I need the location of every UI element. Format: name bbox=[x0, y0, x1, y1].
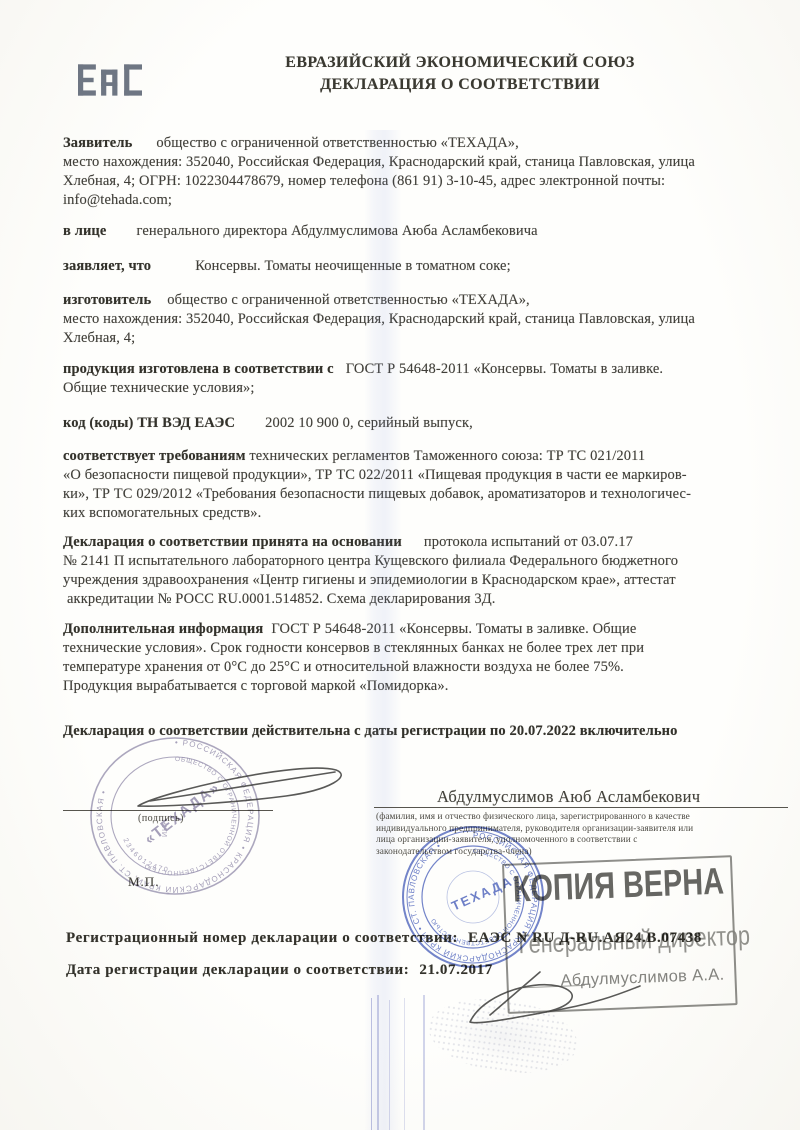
company-stamp-inn-number: 2346012470 bbox=[121, 837, 170, 874]
field-applicant-value: общество с ограниченной ответственностью… bbox=[156, 135, 519, 151]
field-applicant-label: Заявитель bbox=[63, 135, 132, 151]
signature-stroke bbox=[138, 768, 341, 806]
field-declares-label: заявляет, что bbox=[63, 258, 151, 274]
field-additional-label: Дополнительная информация bbox=[63, 621, 263, 637]
field-manufacturer-line: Хлебная, 4; bbox=[63, 329, 763, 348]
field-standard-label: продукция изготовлена в соответствии с bbox=[63, 361, 334, 377]
signatory-note-line: лица организации-заявителя, уполномоченн… bbox=[376, 835, 693, 847]
registration-date-value: 21.07.2017 bbox=[409, 962, 493, 978]
signature-stroke bbox=[150, 772, 335, 801]
field-in-person: в лицегенерального директора Абдулмуслим… bbox=[63, 222, 763, 241]
stamp-place-label: М.П. bbox=[128, 874, 159, 890]
scan-artifact-line bbox=[377, 995, 379, 1130]
scan-artifact-band bbox=[364, 130, 402, 1130]
field-additional-line: температуре хранения от 0°С до 25°С и от… bbox=[63, 658, 763, 677]
copy-verified-stamp: КОПИЯ ВЕРНА Генеральный директор Абдулму… bbox=[502, 855, 738, 1014]
field-additional-line: технические условия». Срок годности конс… bbox=[63, 639, 763, 658]
field-basis-line: учреждения здравоохранения «Центр гигиен… bbox=[63, 571, 763, 590]
field-conformity: соответствует требованиям технических ре… bbox=[63, 447, 763, 523]
field-manufacturer: изготовительобщество с ограниченной отве… bbox=[63, 291, 763, 348]
field-applicant-line: место нахождения: 352040, Российская Фед… bbox=[63, 153, 763, 172]
scan-artifact-line bbox=[371, 998, 372, 1130]
field-in-person-label: в лице bbox=[63, 223, 106, 239]
signature-caption: (подпись) bbox=[138, 813, 184, 824]
field-applicant: Заявительобщество с ограниченной ответст… bbox=[63, 134, 763, 210]
field-additional-value: ГОСТ Р 54648-2011 «Консервы. Томаты в за… bbox=[271, 621, 636, 637]
field-basis-value: протокола испытаний от 03.07.17 bbox=[424, 534, 633, 550]
field-manufacturer-value: общество с ограниченной ответственностью… bbox=[167, 292, 530, 308]
signatory-note: (фамилия, имя и отчество физического лиц… bbox=[376, 812, 693, 858]
field-basis-label: Декларация о соответствии принята на осн… bbox=[63, 534, 402, 550]
field-tnved-code: код (коды) ТН ВЭД ЕАЭС2002 10 900 0, сер… bbox=[63, 414, 763, 433]
registration-date-label: Дата регистрации декларации о соответств… bbox=[66, 962, 409, 978]
field-manufacturer-label: изготовитель bbox=[63, 292, 151, 308]
field-applicant-line: info@tehada.com; bbox=[63, 191, 763, 210]
field-validity: Декларация о соответствии действительна … bbox=[63, 722, 763, 741]
field-basis: Декларация о соответствии принята на осн… bbox=[63, 533, 763, 609]
scan-artifact-line bbox=[389, 1000, 390, 1130]
signatory-note-line: индивидуального предпринимателя, руковод… bbox=[376, 824, 693, 836]
field-conformity-line: «О безопасности пищевой продукции», ТР Т… bbox=[63, 466, 763, 485]
field-manufacturer-line: место нахождения: 352040, Российская Фед… bbox=[63, 310, 763, 329]
svg-text:2346012470: 2346012470 bbox=[121, 837, 170, 874]
document-title: ЕВРАЗИЙСКИЙ ЭКОНОМИЧЕСКИЙ СОЮЗ ДЕКЛАРАЦИ… bbox=[120, 52, 800, 96]
signatory-note-line: (фамилия, имя и отчество физического лиц… bbox=[376, 812, 693, 824]
scan-artifact-line bbox=[423, 995, 425, 1130]
declaration-document: ЕВРАЗИЙСКИЙ ЭКОНОМИЧЕСКИЙ СОЮЗ ДЕКЛАРАЦИ… bbox=[0, 0, 800, 1130]
field-conformity-line: ких вспомогательных средств». bbox=[63, 504, 763, 523]
field-tnved-label: код (коды) ТН ВЭД ЕАЭС bbox=[63, 415, 235, 431]
field-in-person-value: генерального директора Абдулмуслимова Аю… bbox=[136, 223, 537, 239]
field-additional-line: Продукция вырабатывается с торговой марк… bbox=[63, 677, 763, 696]
field-declares: заявляет, чтоКонсервы. Томаты неочищенны… bbox=[63, 257, 763, 276]
signatory-name: Абдулмуслимов Аюб Асламбекович bbox=[437, 787, 700, 807]
scan-artifact-line bbox=[404, 998, 405, 1130]
field-conformity-value: технических регламентов Таможенного союз… bbox=[249, 448, 645, 464]
field-conformity-label: соответствует требованиям bbox=[63, 448, 246, 464]
field-standard-line: Общие технические условия»; bbox=[63, 379, 763, 398]
field-declares-value: Консервы. Томаты неочищенные в томатном … bbox=[195, 258, 511, 274]
title-line-2: ДЕКЛАРАЦИЯ О СООТВЕТСТВИИ bbox=[120, 74, 800, 96]
eac-logo-icon bbox=[78, 57, 142, 103]
field-conformity-line: ки», ТР ТС 029/2012 «Требования безопасн… bbox=[63, 485, 763, 504]
title-line-1: ЕВРАЗИЙСКИЙ ЭКОНОМИЧЕСКИЙ СОЮЗ bbox=[120, 52, 800, 74]
signature-rule-left bbox=[63, 810, 273, 811]
field-additional-info: Дополнительная информацияГОСТ Р 54648-20… bbox=[63, 620, 763, 696]
field-basis-line: аккредитации № РОСС RU.0001.514852. Схем… bbox=[63, 590, 763, 609]
signatory-note-line: законодательством государства-члена) bbox=[376, 847, 693, 859]
copy-stamp-role: Генеральный директор bbox=[518, 922, 722, 961]
field-basis-line: № 2141 П испытательного лабораторного це… bbox=[63, 552, 763, 571]
field-applicant-line: Хлебная, 4; ОГРН: 1022304478679, номер т… bbox=[63, 172, 763, 191]
copy-stamp-signatory: Абдулмуслимов А.А. bbox=[560, 966, 725, 991]
registration-number-label: Регистрационный номер декларации о соотв… bbox=[66, 930, 458, 946]
signature-rule-right bbox=[374, 807, 788, 808]
copy-stamp-title: КОПИЯ ВЕРНА bbox=[512, 860, 724, 911]
field-standard: продукция изготовлена в соответствии сГО… bbox=[63, 360, 763, 398]
